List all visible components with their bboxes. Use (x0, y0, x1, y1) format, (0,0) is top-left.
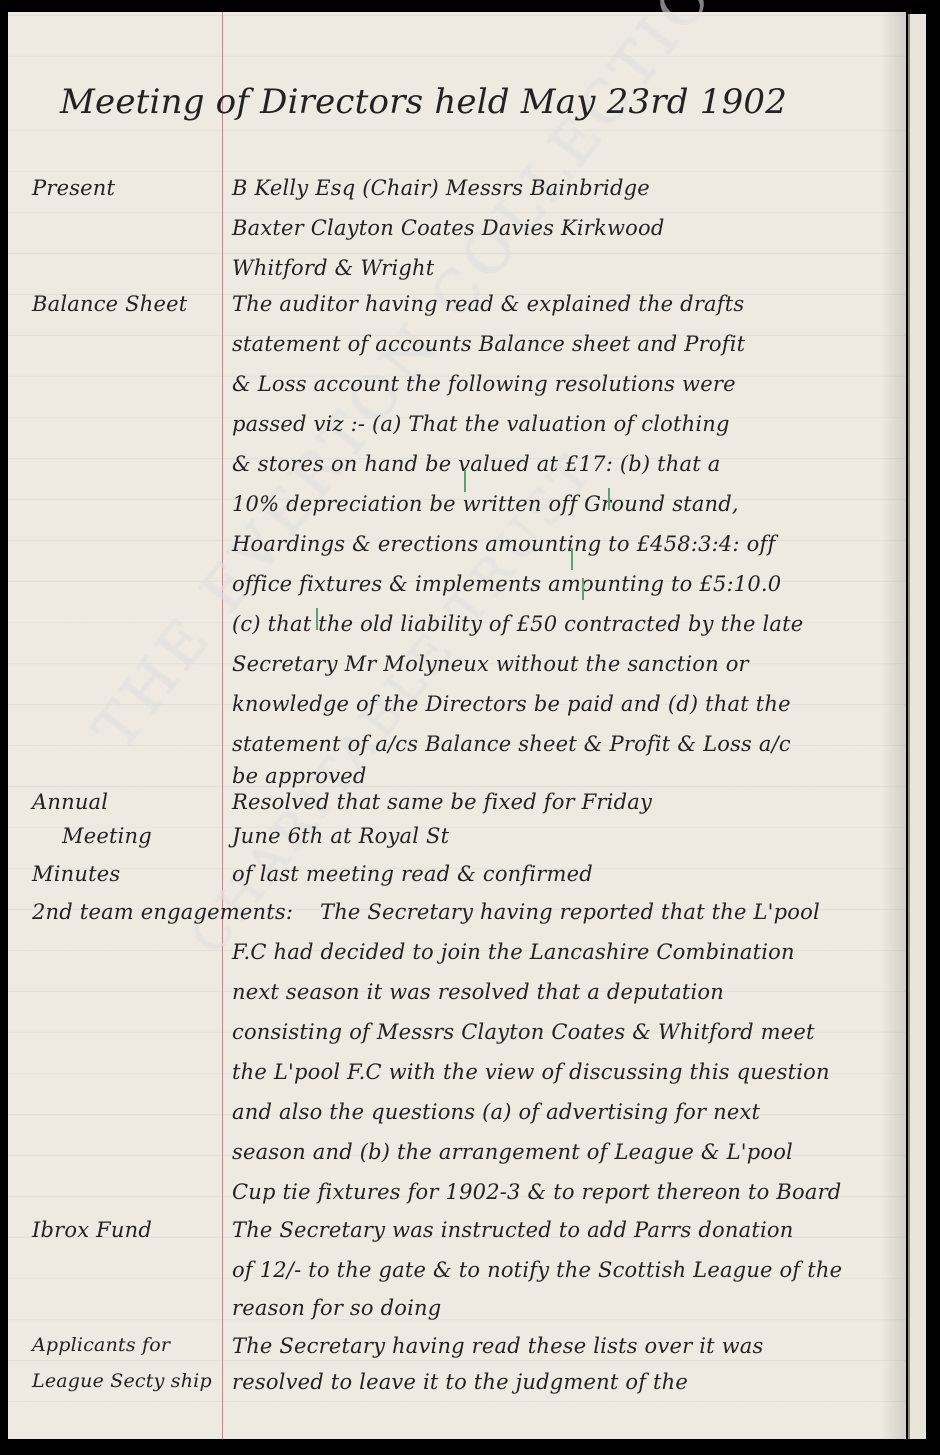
body-line: consisting of Messrs Clayton Coates & Wh… (232, 1020, 815, 1044)
body-line: knowledge of the Directors be paid and (… (232, 692, 791, 716)
body-line: Cup tie fixtures for 1902-3 & to report … (232, 1180, 841, 1204)
body-line: 10% depreciation be written off Ground s… (232, 492, 739, 516)
body-line: statement of accounts Balance sheet and … (232, 332, 745, 356)
section-heading-present: Present (32, 176, 115, 200)
body-line: June 6th at Royal St (232, 824, 449, 848)
page-title: Meeting of Directors held May 23rd 1902 (60, 82, 787, 122)
check-mark-icon (571, 548, 573, 570)
section-heading-minutes: Minutes (32, 862, 120, 886)
body-line: Resolved that same be fixed for Friday (232, 790, 652, 814)
body-line: of 12/- to the gate & to notify the Scot… (232, 1258, 842, 1282)
section-heading-2nd-team: 2nd team engagements: (32, 900, 293, 924)
section-heading-meeting: Meeting (62, 824, 152, 848)
body-line: reason for so doing (232, 1296, 441, 1320)
body-line: The Secretary having read these lists ov… (232, 1334, 764, 1358)
body-line: passed viz :- (a) That the valuation of … (232, 412, 730, 436)
section-heading-balance-sheet: Balance Sheet (32, 292, 187, 316)
check-mark-icon (608, 488, 610, 510)
section-heading-league-secty: League Secty ship (32, 1370, 212, 1392)
body-line: The Secretary was instructed to add Parr… (232, 1218, 793, 1242)
check-mark-icon (582, 578, 584, 600)
body-line: and also the questions (a) of advertisin… (232, 1100, 760, 1124)
check-mark-icon (316, 608, 318, 630)
body-line: Hoardings & erections amounting to £458:… (232, 532, 775, 556)
body-line: season and (b) the arrangement of League… (232, 1140, 793, 1164)
check-mark-icon (464, 470, 466, 492)
body-line: office fixtures & implements amounting t… (232, 572, 781, 596)
body-line: the L'pool F.C with the view of discussi… (232, 1060, 830, 1084)
section-heading-annual: Annual (32, 790, 108, 814)
margin-rule (222, 12, 223, 1439)
body-line: B Kelly Esq (Chair) Messrs Bainbridge (232, 176, 650, 200)
next-page-edge (908, 14, 926, 1439)
body-line: next season it was resolved that a deput… (232, 980, 724, 1004)
body-line: of last meeting read & confirmed (232, 862, 593, 886)
body-line: & stores on hand be valued at £17: (b) t… (232, 452, 720, 476)
section-heading-applicants: Applicants for (32, 1334, 170, 1356)
section-heading-ibrox-fund: Ibrox Fund (32, 1218, 152, 1242)
body-line: & Loss account the following resolutions… (232, 372, 736, 396)
body-line: F.C had decided to join the Lancashire C… (232, 940, 795, 964)
body-line: be approved (232, 764, 367, 788)
body-line: Whitford & Wright (232, 256, 434, 280)
body-line: The Secretary having reported that the L… (320, 900, 820, 924)
body-line: Secretary Mr Molyneux without the sancti… (232, 652, 749, 676)
body-line: statement of a/cs Balance sheet & Profit… (232, 732, 791, 756)
body-line: Baxter Clayton Coates Davies Kirkwood (232, 216, 664, 240)
body-line: resolved to leave it to the judgment of … (232, 1370, 688, 1394)
gutter-shadow (880, 12, 908, 1439)
body-line: The auditor having read & explained the … (232, 292, 744, 316)
